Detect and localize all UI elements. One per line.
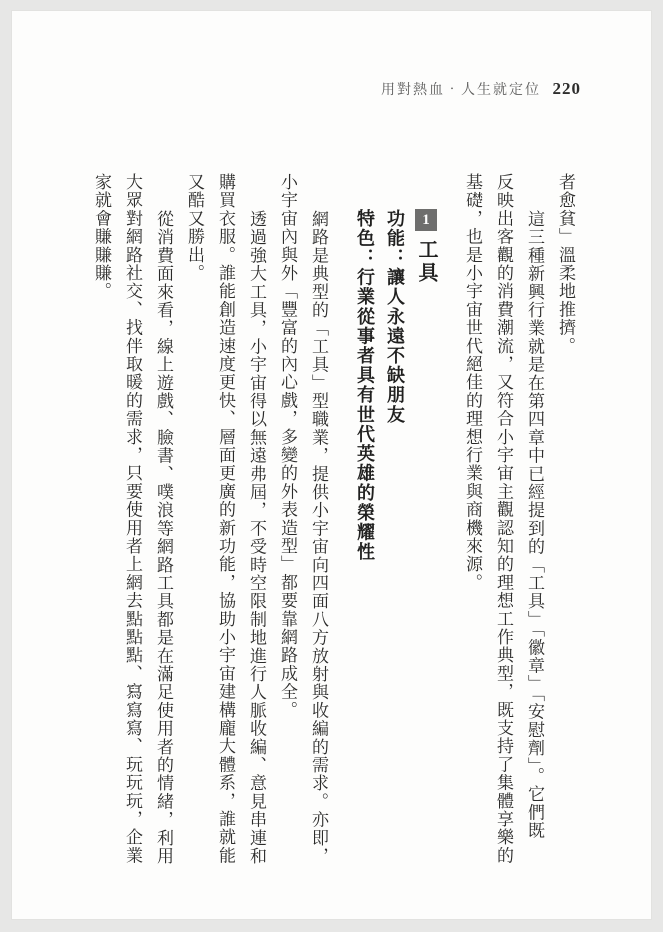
text-column: 者愈貧」溫柔地推擠。 [550, 173, 581, 875]
text-column: 網路是典型的「工具」型職業，提供小宇宙向四面八方放射與收編的需求。亦即， [303, 173, 334, 912]
text-column: 透過強大工具，小宇宙得以無遠弗屆，不受時空限制地進行人脈收編、意見串連和 [241, 173, 272, 912]
text-column: 家就會賺賺賺。 [86, 173, 117, 875]
text-column: 反映出客觀的消費潮流，又符合小宇宙主觀認知的理想工作典型，既支持了集體享樂的 [488, 173, 519, 875]
subhead-feature-column: 特色：行業從事者具有世代英雄的榮耀性 [350, 173, 380, 911]
page-number: 220 [553, 79, 582, 98]
text-column: 小宇宙內與外「豐富的內心戲，多變的外表造型」都要靠網路成全。 [272, 173, 303, 875]
text-column: 大眾對網路社交、找伴取暖的需求，只要使用者上網去點點點、寫寫寫、玩玩玩，企業 [117, 173, 148, 875]
text-column: 從消費面來看，線上遊戲、臉書、噗浪等網路工具都是在滿足使用者的情緒，利用 [148, 173, 179, 912]
book-page: 用對熱血‧人生就定位 220 者愈貧」溫柔地推擠。 這三種新興行業就是在第四章中… [11, 10, 652, 920]
running-head: 用對熱血‧人生就定位 220 [381, 79, 581, 99]
text-column: 這三種新興行業就是在第四章中已經提到的「工具」「徽章」「安慰劑」。它們既 [519, 173, 550, 912]
section-title: 工具 [415, 239, 437, 285]
text-column: 購買衣服。誰能創造速度更快、層面更廣的新功能，協助小宇宙建構龐大體系，誰就能 [210, 173, 241, 875]
scanned-book-screenshot: { "header": { "book_title": "用對熱血‧人生就定位"… [0, 0, 663, 932]
text-column: 基礎，也是小宇宙世代絕佳的理想行業與商機來源。 [457, 173, 488, 875]
text-column: 又酷又勝出。 [179, 173, 210, 875]
book-title: 用對熱血‧人生就定位 [381, 83, 541, 98]
section-number-badge: 1 [415, 209, 437, 231]
text-block: 者愈貧」溫柔地推擠。 這三種新興行業就是在第四章中已經提到的「工具」「徽章」「安… [86, 173, 581, 875]
subhead-function-column: 功能：讓人永遠不缺朋友 [380, 173, 410, 911]
section-header-column: 1工具 [410, 173, 441, 911]
